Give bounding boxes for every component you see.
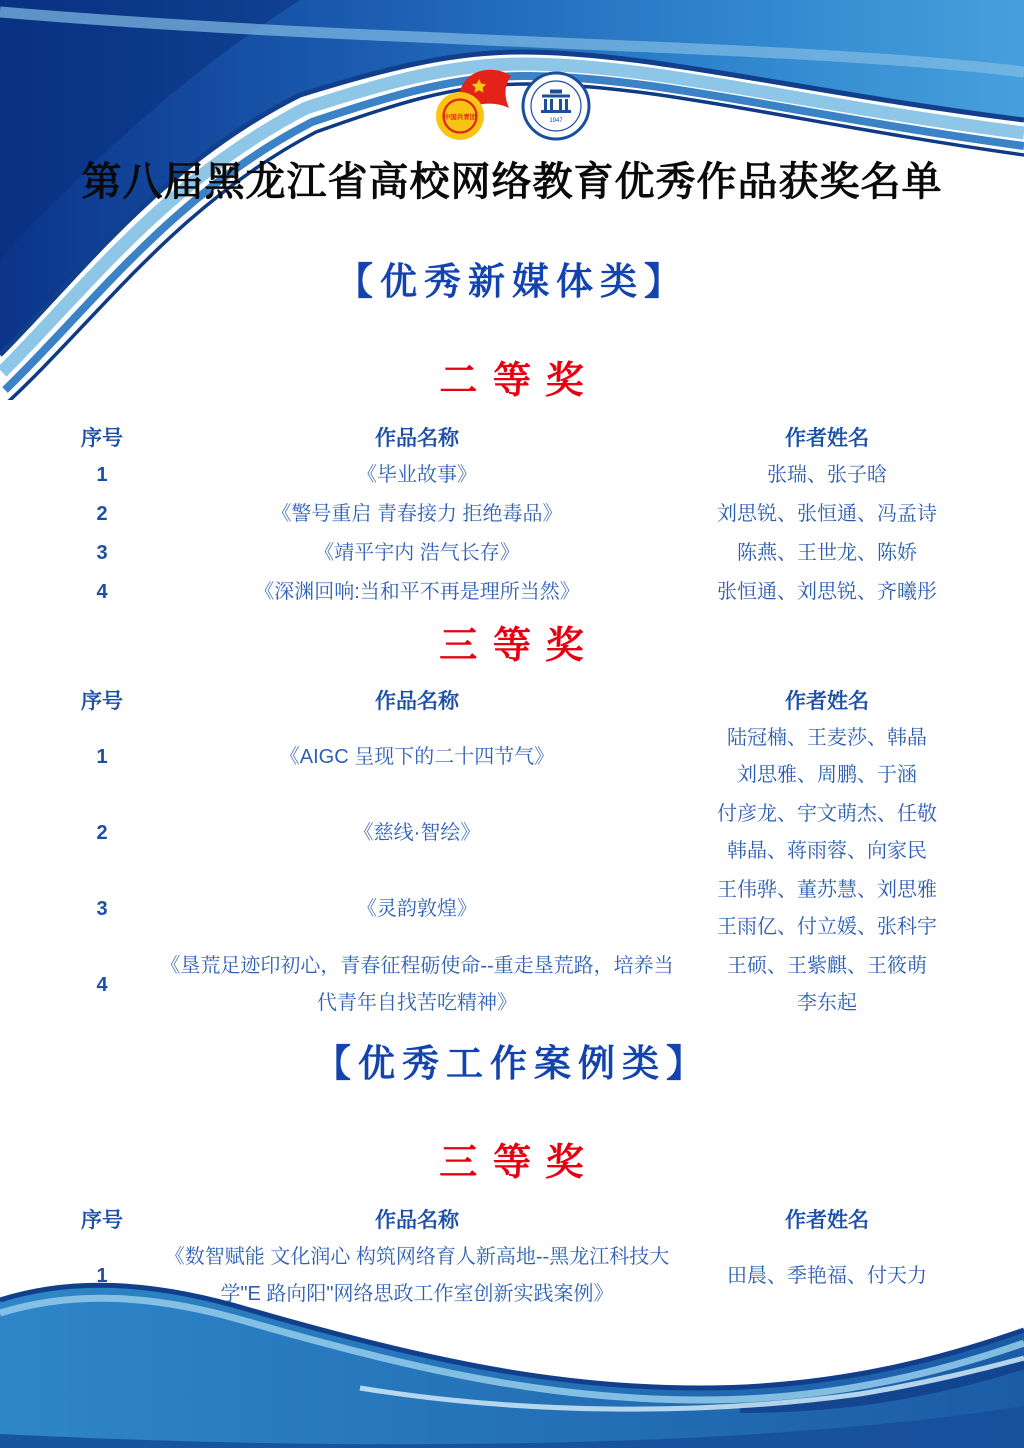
author-names: 王硕、王紫麒、王筱萌李东起	[682, 948, 972, 1022]
prize-heading-third: 三等奖	[0, 614, 1024, 669]
award-table-new-media-third-prize: 序号作品名称作者姓名1《AIGC 呈现下的二十四节气》陆冠楠、王麦莎、韩晶刘思雅…	[52, 685, 972, 1023]
category-heading-new-media: 【优秀新媒体类】	[0, 251, 1024, 305]
work-title: 《AIGC 呈现下的二十四节气》	[152, 739, 682, 776]
author-names: 张恒通、刘思锐、齐曦彤	[682, 574, 972, 611]
prize-heading-second: 二等奖	[0, 349, 1024, 404]
row-number: 4	[52, 967, 152, 1004]
work-title: 《靖平宇内 浩气长存》	[152, 535, 682, 572]
author-names: 付彦龙、宇文萌杰、任敬韩晶、蒋雨蓉、向家民	[682, 796, 972, 870]
column-header: 序号	[52, 685, 152, 719]
work-title: 《慈线·智绘》	[152, 815, 682, 852]
table-header-row: 序号作品名称作者姓名	[52, 685, 972, 719]
author-names: 王伟骅、董苏慧、刘思雅王雨亿、付立媛、张科宇	[682, 872, 972, 946]
table-header-row: 序号作品名称作者姓名	[52, 422, 972, 456]
table-row: 2《慈线·智绘》付彦龙、宇文萌杰、任敬韩晶、蒋雨蓉、向家民	[52, 795, 972, 871]
column-header: 序号	[52, 1204, 152, 1238]
author-names: 刘思锐、张恒通、冯孟诗	[682, 496, 972, 533]
column-header: 作者姓名	[682, 422, 972, 456]
row-number: 4	[52, 574, 152, 611]
column-header: 作品名称	[152, 1204, 682, 1238]
communist-youth-league-emblem-icon: 中国共青团	[432, 64, 514, 142]
seal-year: 1947	[549, 118, 563, 124]
work-title: 《垦荒足迹印初心，青春征程砺使命--重走垦荒路，培养当代青年自找苦吃精神》	[152, 948, 682, 1022]
author-names: 陈燕、王世龙、陈娇	[682, 535, 972, 572]
table-row: 2《警号重启 青春接力 拒绝毒品》刘思锐、张恒通、冯孟诗	[52, 495, 972, 534]
table-row: 1《数智赋能 文化润心 构筑网络育人新高地--黑龙江科技大学"E 路向阳"网络思…	[52, 1238, 972, 1314]
table-row: 3《灵韵敦煌》王伟骅、董苏慧、刘思雅王雨亿、付立媛、张科宇	[52, 871, 972, 947]
work-title: 《毕业故事》	[152, 457, 682, 494]
table-header-row: 序号作品名称作者姓名	[52, 1204, 972, 1238]
table-row: 4《深渊回响:当和平不再是理所当然》张恒通、刘思锐、齐曦彤	[52, 573, 972, 612]
table-row: 3《靖平宇内 浩气长存》陈燕、王世龙、陈娇	[52, 534, 972, 573]
header-logos: 中国共青团 1947	[0, 0, 1024, 142]
column-header: 作品名称	[152, 685, 682, 719]
column-header: 序号	[52, 422, 152, 456]
author-names: 张瑞、张子晗	[682, 457, 972, 494]
row-number: 2	[52, 496, 152, 533]
column-header: 作者姓名	[682, 685, 972, 719]
work-title: 《警号重启 青春接力 拒绝毒品》	[152, 496, 682, 533]
award-table-work-case-third-prize: 序号作品名称作者姓名1《数智赋能 文化润心 构筑网络育人新高地--黑龙江科技大学…	[52, 1204, 972, 1314]
award-table-new-media-second-prize: 序号作品名称作者姓名1《毕业故事》张瑞、张子晗2《警号重启 青春接力 拒绝毒品》…	[52, 422, 972, 612]
prize-heading-third-case: 三等奖	[0, 1131, 1024, 1186]
table-row: 1《毕业故事》张瑞、张子晗	[52, 456, 972, 495]
row-number: 1	[52, 739, 152, 776]
table-row: 1《AIGC 呈现下的二十四节气》陆冠楠、王麦莎、韩晶刘思雅、周鹏、于涵	[52, 719, 972, 795]
category-heading-work-case: 【优秀工作案例类】	[0, 1033, 1024, 1087]
author-names: 田晨、季艳福、付天力	[682, 1258, 972, 1295]
row-number: 1	[52, 1258, 152, 1295]
page-title: 第八届黑龙江省高校网络教育优秀作品获奖名单	[20, 150, 1004, 207]
column-header: 作品名称	[152, 422, 682, 456]
table-row: 4《垦荒足迹印初心，青春征程砺使命--重走垦荒路，培养当代青年自找苦吃精神》王硕…	[52, 947, 972, 1023]
column-header: 作者姓名	[682, 1204, 972, 1238]
svg-text:中国共青团: 中国共青团	[444, 112, 477, 121]
work-title: 《数智赋能 文化润心 构筑网络育人新高地--黑龙江科技大学"E 路向阳"网络思政…	[152, 1239, 682, 1313]
row-number: 3	[52, 535, 152, 572]
author-names: 陆冠楠、王麦莎、韩晶刘思雅、周鹏、于涵	[682, 720, 972, 794]
row-number: 2	[52, 815, 152, 852]
row-number: 3	[52, 891, 152, 928]
work-title: 《灵韵敦煌》	[152, 891, 682, 928]
work-title: 《深渊回响:当和平不再是理所当然》	[152, 574, 682, 611]
university-seal-icon: 1947	[520, 70, 592, 142]
row-number: 1	[52, 457, 152, 494]
